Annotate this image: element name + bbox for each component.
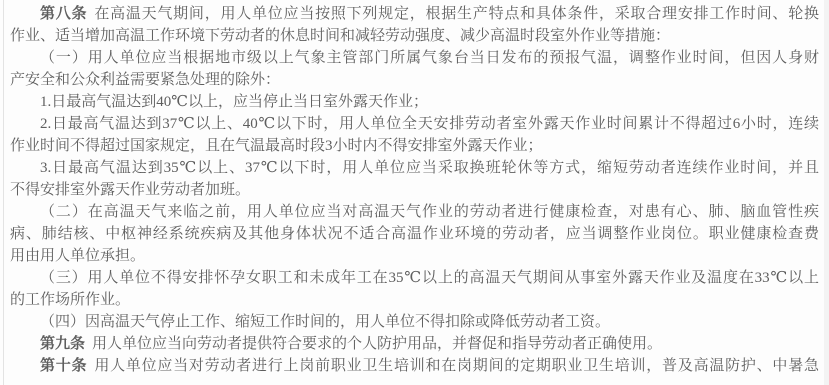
text-line: 第八条在高温天气期间，用人单位应当按照下列规定，根据生产特点和具体条件，采取合理…	[10, 3, 819, 25]
line-text: 1.日最高气温达到40℃以上，应当停止当日室外露天作业；	[40, 94, 428, 110]
text-line: 作业、适当增加高温工作环境下劳动者的休息时间和减轻劳动强度、减少高温时段室外作业…	[10, 25, 819, 47]
line-text: 用人单位应当向劳动者提供符合要求的个人防护用品，并督促和指导劳动者正确使用。	[92, 336, 662, 352]
text-line: 作业时间不得超过国家规定，且在气温最高时段3小时内不得安排室外露天作业；	[10, 135, 819, 157]
line-text: （一）用人单位应当根据地市级以上气象主管部门所属气象台当日发布的预报气温，调整作…	[40, 50, 819, 66]
text-line: 1.日最高气温达到40℃以上，应当停止当日室外露天作业；	[10, 91, 819, 113]
article-number: 第八条	[40, 6, 87, 22]
text-line: 2.日最高气温达到37℃以上、40℃以下时，用人单位全天安排劳动者室外露天作业时…	[10, 113, 819, 135]
text-line: 不得安排室外露天作业劳动者加班。	[10, 179, 819, 201]
line-text: 作业、适当增加高温工作环境下劳动者的休息时间和减轻劳动强度、减少高温时段室外作业…	[10, 28, 670, 44]
line-text: 产安全和公众利益需要紧急处理的除外：	[10, 72, 280, 88]
text-line: 第九条用人单位应当向劳动者提供符合要求的个人防护用品，并督促和指导劳动者正确使用…	[10, 333, 819, 355]
line-text: （三）用人单位不得安排怀孕女职工和未成年工在35℃以上的高温天气期间从事室外露天…	[40, 270, 819, 286]
text-line: 病、肺结核、中枢神经系统疾病及其他身体状况不适合高温作业环境的劳动者，应当调整作…	[10, 223, 819, 245]
line-text: 用由用人单位承担。	[10, 248, 145, 264]
line-text: 不得安排室外露天作业劳动者加班。	[10, 182, 250, 198]
text-line: 第十条用人单位应当对劳动者进行上岗前职业卫生培训和在岗期间的定期职业卫生培训，普…	[10, 355, 819, 377]
text-line: 用由用人单位承担。	[10, 245, 819, 267]
line-text: 病、肺结核、中枢神经系统疾病及其他身体状况不适合高温作业环境的劳动者，应当调整作…	[10, 226, 819, 242]
page-edge-left	[3, 0, 4, 385]
page-edge-right	[824, 0, 829, 385]
document-body: 第八条在高温天气期间，用人单位应当按照下列规定，根据生产特点和具体条件，采取合理…	[10, 3, 819, 377]
line-text: 在高温天气期间，用人单位应当按照下列规定，根据生产特点和具体条件，采取合理安排工…	[94, 6, 819, 22]
article-number: 第十条	[40, 358, 87, 374]
text-line: 的工作场所作业。	[10, 289, 819, 311]
line-text: （二）在高温天气来临之前，用人单位应当对高温天气作业的劳动者进行健康检查，对患有…	[40, 204, 819, 220]
text-line: （二）在高温天气来临之前，用人单位应当对高温天气作业的劳动者进行健康检查，对患有…	[10, 201, 819, 223]
text-line: （三）用人单位不得安排怀孕女职工和未成年工在35℃以上的高温天气期间从事室外露天…	[10, 267, 819, 289]
article-number: 第九条	[40, 336, 85, 352]
line-text: 2.日最高气温达到37℃以上、40℃以下时，用人单位全天安排劳动者室外露天作业时…	[40, 116, 819, 132]
text-line: 产安全和公众利益需要紧急处理的除外：	[10, 69, 819, 91]
text-line: 3.日最高气温达到35℃以上、37℃以下时，用人单位应当采取换班轮休等方式，缩短…	[10, 157, 819, 179]
line-text: 作业时间不得超过国家规定，且在气温最高时段3小时内不得安排室外露天作业；	[10, 138, 543, 154]
line-text: （四）因高温天气停止工作、缩短工作时间的，用人单位不得扣除或降低劳动者工资。	[40, 314, 610, 330]
text-line: （一）用人单位应当根据地市级以上气象主管部门所属气象台当日发布的预报气温，调整作…	[10, 47, 819, 69]
line-text: 用人单位应当对劳动者进行上岗前职业卫生培训和在岗期间的定期职业卫生培训，普及高温…	[94, 358, 819, 374]
line-text: 的工作场所作业。	[10, 292, 130, 308]
line-text: 3.日最高气温达到35℃以上、37℃以下时，用人单位应当采取换班轮休等方式，缩短…	[40, 160, 819, 176]
text-line: （四）因高温天气停止工作、缩短工作时间的，用人单位不得扣除或降低劳动者工资。	[10, 311, 819, 333]
